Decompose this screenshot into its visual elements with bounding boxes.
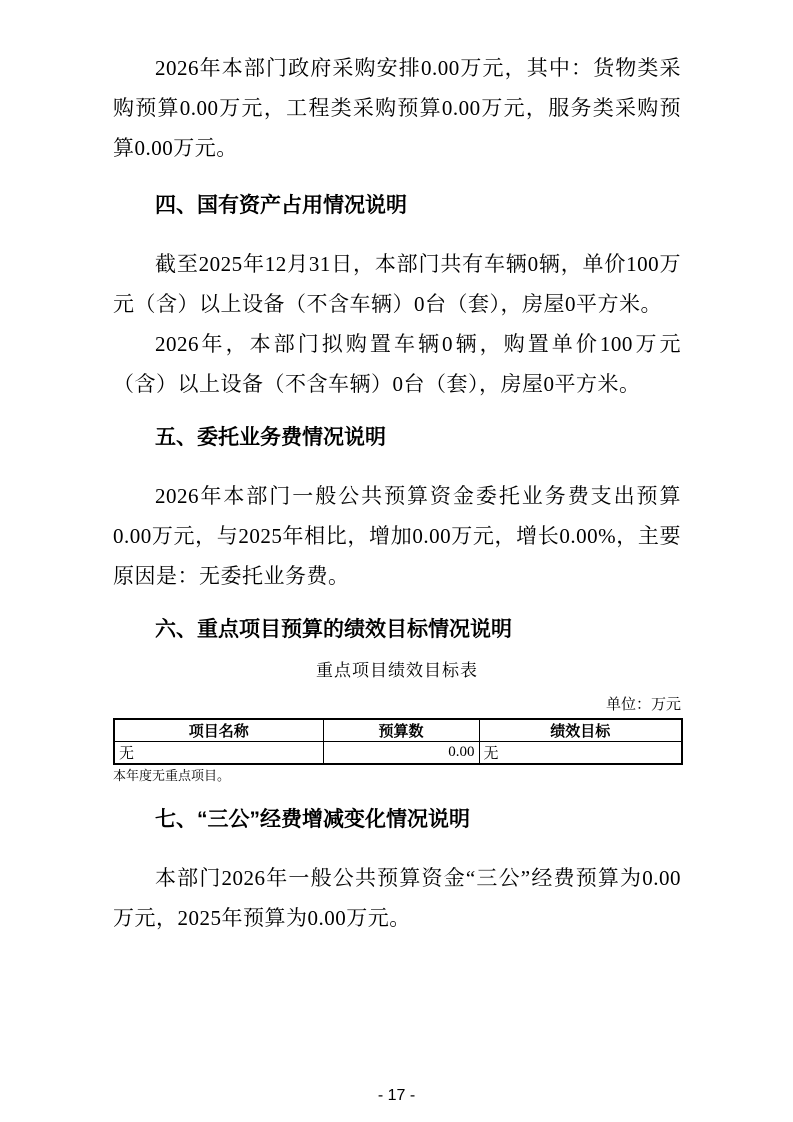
page-number: - 17 - xyxy=(0,1086,793,1106)
key-projects-table: 项目名称 预算数 绩效目标 无 0.00 无 xyxy=(113,718,683,765)
procurement-paragraph: 2026年本部门政府采购安排0.00万元，其中：货物类采购预算0.00万元，工程… xyxy=(113,48,681,168)
section-heading-three-public: 七、“三公”经费增减变化情况说明 xyxy=(113,806,681,834)
state-assets-paragraph-2: 2026年，本部门拟购置车辆0辆，购置单价100万元（含）以上设备（不含车辆）0… xyxy=(113,324,681,404)
section-heading-state-assets: 四、国有资产占用情况说明 xyxy=(113,192,681,220)
page-content: 2026年本部门政府采购安排0.00万元，其中：货物类采购预算0.00万元，工程… xyxy=(0,0,793,938)
cell-performance-target: 无 xyxy=(479,742,682,765)
table-header-row: 项目名称 预算数 绩效目标 xyxy=(114,719,682,742)
column-header-performance-target: 绩效目标 xyxy=(479,719,682,742)
cell-budget-amount: 0.00 xyxy=(323,742,479,765)
document-page: 2026年本部门政府采购安排0.00万元，其中：货物类采购预算0.00万元，工程… xyxy=(0,0,793,1122)
three-public-paragraph: 本部门2026年一般公共预算资金“三公”经费预算为0.00万元，2025年预算为… xyxy=(113,858,681,938)
column-header-project-name: 项目名称 xyxy=(114,719,323,742)
table-row: 无 0.00 无 xyxy=(114,742,682,765)
cell-project-name: 无 xyxy=(114,742,323,765)
entrusted-fees-paragraph: 2026年本部门一般公共预算资金委托业务费支出预算0.00万元，与2025年相比… xyxy=(113,476,681,596)
performance-table-title: 重点项目绩效目标表 xyxy=(113,656,681,686)
column-header-budget: 预算数 xyxy=(323,719,479,742)
unit-label: 单位：万元 xyxy=(113,694,681,716)
state-assets-paragraph-1: 截至2025年12月31日，本部门共有车辆0辆，单价100万元（含）以上设备（不… xyxy=(113,244,681,324)
section-heading-key-projects: 六、重点项目预算的绩效目标情况说明 xyxy=(113,616,681,644)
table-note: 本年度无重点项目。 xyxy=(113,768,681,784)
section-heading-entrusted-fees: 五、委托业务费情况说明 xyxy=(113,424,681,452)
